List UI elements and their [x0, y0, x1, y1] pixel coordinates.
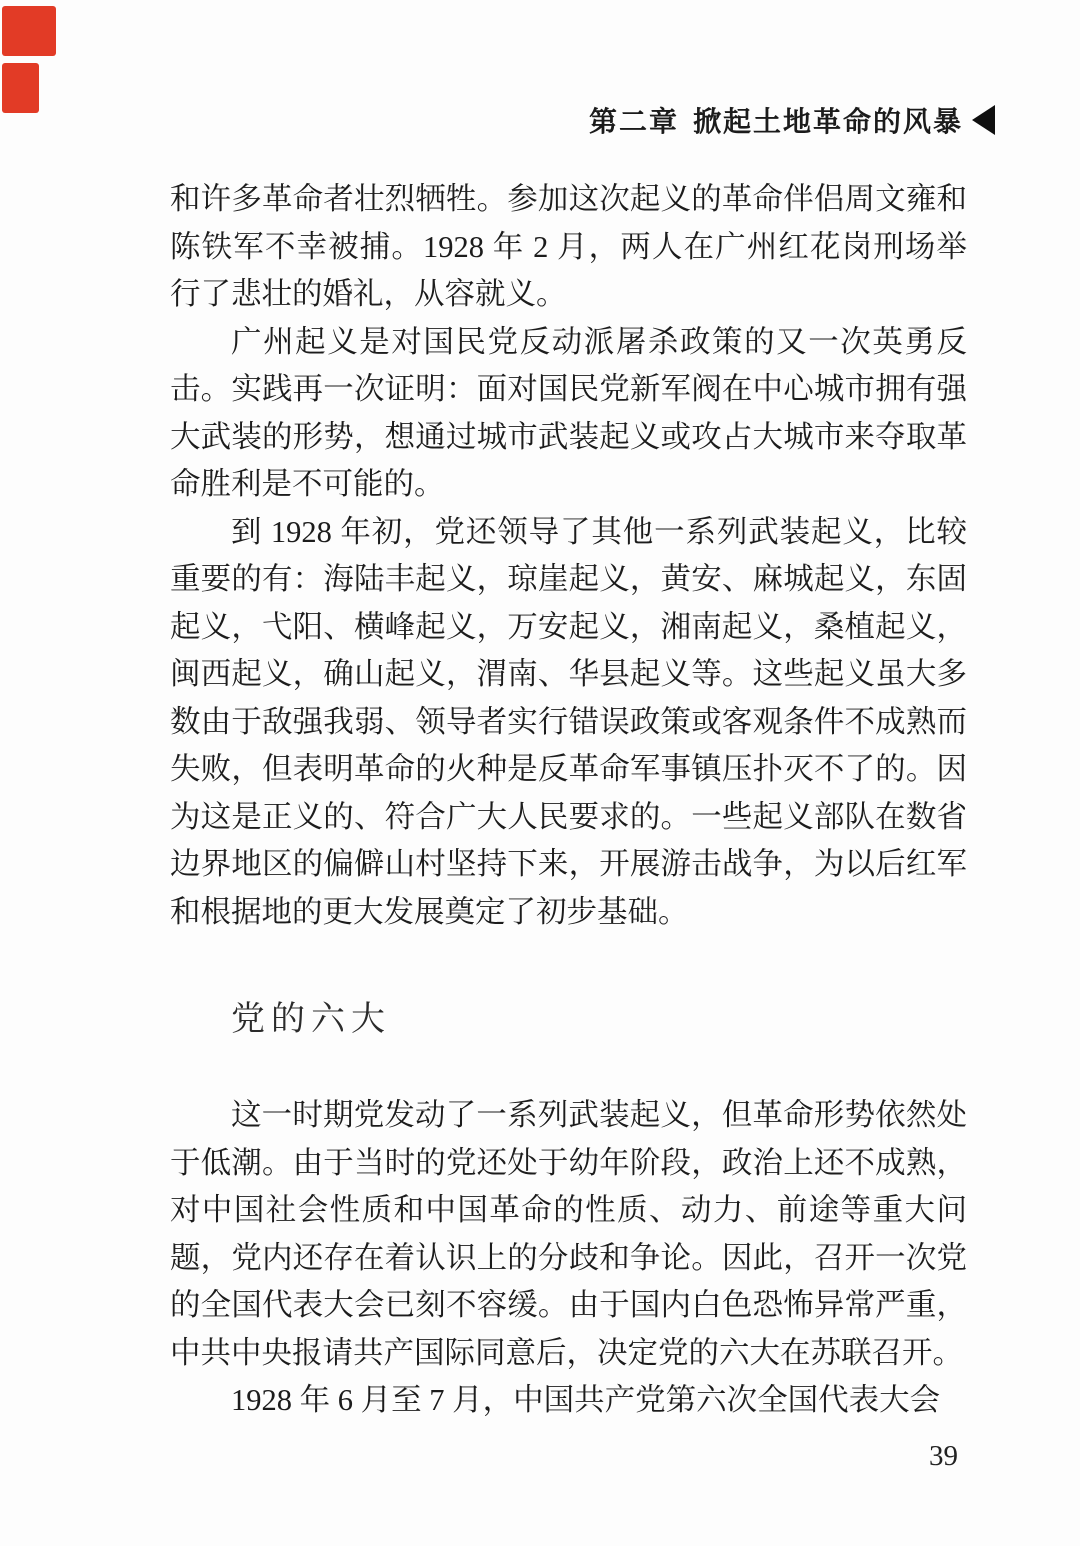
- section-heading: 党的六大: [231, 998, 967, 1042]
- chapter-title: 掀起土地革命的风暴: [693, 100, 963, 140]
- paragraph: 1928 年 6 月至 7 月，中国共产党第六次全国代表大会: [170, 1377, 967, 1425]
- red-scan-artifact-1: [2, 6, 56, 56]
- paragraph: 广州起义是对国民党反动派屠杀政策的又一次英勇反击。实践再一次证明：面对国民党新军…: [170, 319, 967, 509]
- page-number: 39: [929, 1440, 958, 1473]
- paragraph: 到 1928 年初，党还领导了其他一系列武装起义，比较重要的有：海陆丰起义，琼崖…: [170, 509, 967, 937]
- red-scan-artifact-2: [2, 63, 39, 113]
- running-head: 第二章 掀起土地革命的风暴: [589, 100, 995, 140]
- chapter-number: 第二章: [589, 100, 679, 140]
- page-body: 和许多革命者壮烈牺牲。参加这次起义的革命伴侣周文雍和陈铁军不幸被捕。1928 年…: [170, 176, 967, 1425]
- paragraph: 这一时期党发动了一系列武装起义，但革命形势依然处于低潮。由于当时的党还处于幼年阶…: [170, 1092, 967, 1377]
- paragraph: 和许多革命者壮烈牺牲。参加这次起义的革命伴侣周文雍和陈铁军不幸被捕。1928 年…: [170, 176, 967, 319]
- book-page: 第二章 掀起土地革命的风暴 和许多革命者壮烈牺牲。参加这次起义的革命伴侣周文雍和…: [0, 0, 1080, 1546]
- left-triangle-icon: [972, 105, 995, 135]
